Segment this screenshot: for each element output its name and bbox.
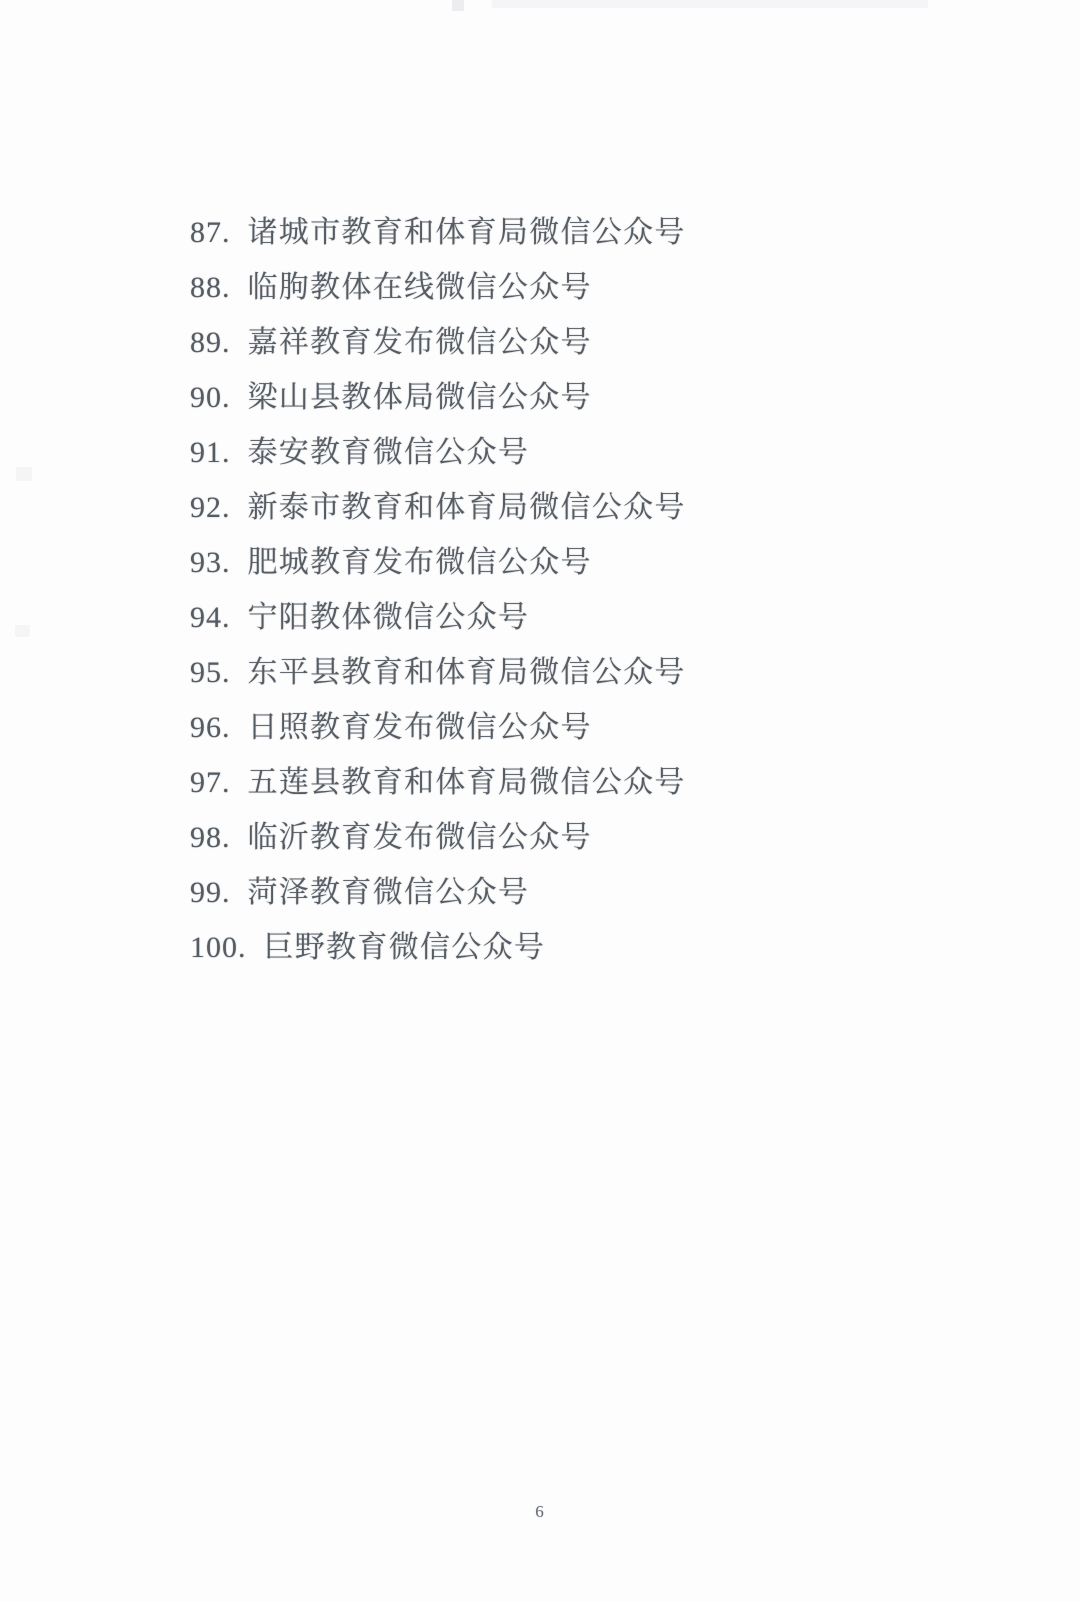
document-page: 87. 诸城市教育和体育局微信公众号 88. 临朐教体在线微信公众号 89. 嘉… xyxy=(0,0,1080,1602)
list-item-text: 嘉祥教育发布微信公众号 xyxy=(248,317,592,361)
list-item-number: 90. xyxy=(190,381,231,415)
list-item-number: 95. xyxy=(190,656,231,690)
list-item: 99. 菏泽教育微信公众号 xyxy=(190,867,686,922)
list-item-text: 泰安教育微信公众号 xyxy=(248,427,530,471)
list-item-number: 99. xyxy=(190,876,231,910)
list-item: 92. 新泰市教育和体育局微信公众号 xyxy=(190,482,686,537)
list-item: 93. 肥城教育发布微信公众号 xyxy=(190,537,686,592)
list-item: 96. 日照教育发布微信公众号 xyxy=(190,702,686,757)
list-item-number: 94. xyxy=(190,601,231,635)
list-item: 95. 东平县教育和体育局微信公众号 xyxy=(190,647,686,702)
numbered-list: 87. 诸城市教育和体育局微信公众号 88. 临朐教体在线微信公众号 89. 嘉… xyxy=(190,207,686,977)
list-item: 98. 临沂教育发布微信公众号 xyxy=(190,812,686,867)
list-item-number: 92. xyxy=(190,491,231,525)
list-item-number: 97. xyxy=(190,766,231,800)
scan-artifact-dot xyxy=(452,0,464,11)
list-item-number: 96. xyxy=(190,711,231,745)
list-item-text: 日照教育发布微信公众号 xyxy=(248,702,592,746)
list-item-text: 宁阳教体微信公众号 xyxy=(248,592,530,636)
list-item-number: 91. xyxy=(190,436,231,470)
list-item-text: 诸城市教育和体育局微信公众号 xyxy=(248,207,686,251)
scan-artifact-strip xyxy=(492,0,928,8)
scan-artifact-smudge xyxy=(16,467,32,481)
list-item-text: 东平县教育和体育局微信公众号 xyxy=(248,647,686,691)
list-item-number: 98. xyxy=(190,821,231,855)
list-item-text: 临朐教体在线微信公众号 xyxy=(248,262,592,306)
list-item: 100. 巨野教育微信公众号 xyxy=(190,922,686,977)
list-item-text: 五莲县教育和体育局微信公众号 xyxy=(248,757,686,801)
list-item: 89. 嘉祥教育发布微信公众号 xyxy=(190,317,686,372)
list-item: 88. 临朐教体在线微信公众号 xyxy=(190,262,686,317)
list-item: 91. 泰安教育微信公众号 xyxy=(190,427,686,482)
list-item-text: 梁山县教体局微信公众号 xyxy=(248,372,592,416)
list-item: 90. 梁山县教体局微信公众号 xyxy=(190,372,686,427)
list-item-number: 93. xyxy=(190,546,231,580)
list-item-number: 89. xyxy=(190,326,231,360)
list-item: 87. 诸城市教育和体育局微信公众号 xyxy=(190,207,686,262)
page-number: 6 xyxy=(0,1502,1080,1522)
list-item-text: 新泰市教育和体育局微信公众号 xyxy=(248,482,686,526)
list-item-text: 巨野教育微信公众号 xyxy=(264,922,546,966)
list-item-text: 临沂教育发布微信公众号 xyxy=(248,812,592,856)
list-item-number: 100. xyxy=(190,931,247,965)
list-item-text: 菏泽教育微信公众号 xyxy=(248,867,530,911)
list-item-number: 88. xyxy=(190,271,231,305)
list-item-number: 87. xyxy=(190,216,231,250)
scan-artifact-smudge xyxy=(15,625,30,637)
list-item: 94. 宁阳教体微信公众号 xyxy=(190,592,686,647)
list-item: 97. 五莲县教育和体育局微信公众号 xyxy=(190,757,686,812)
list-item-text: 肥城教育发布微信公众号 xyxy=(248,537,592,581)
